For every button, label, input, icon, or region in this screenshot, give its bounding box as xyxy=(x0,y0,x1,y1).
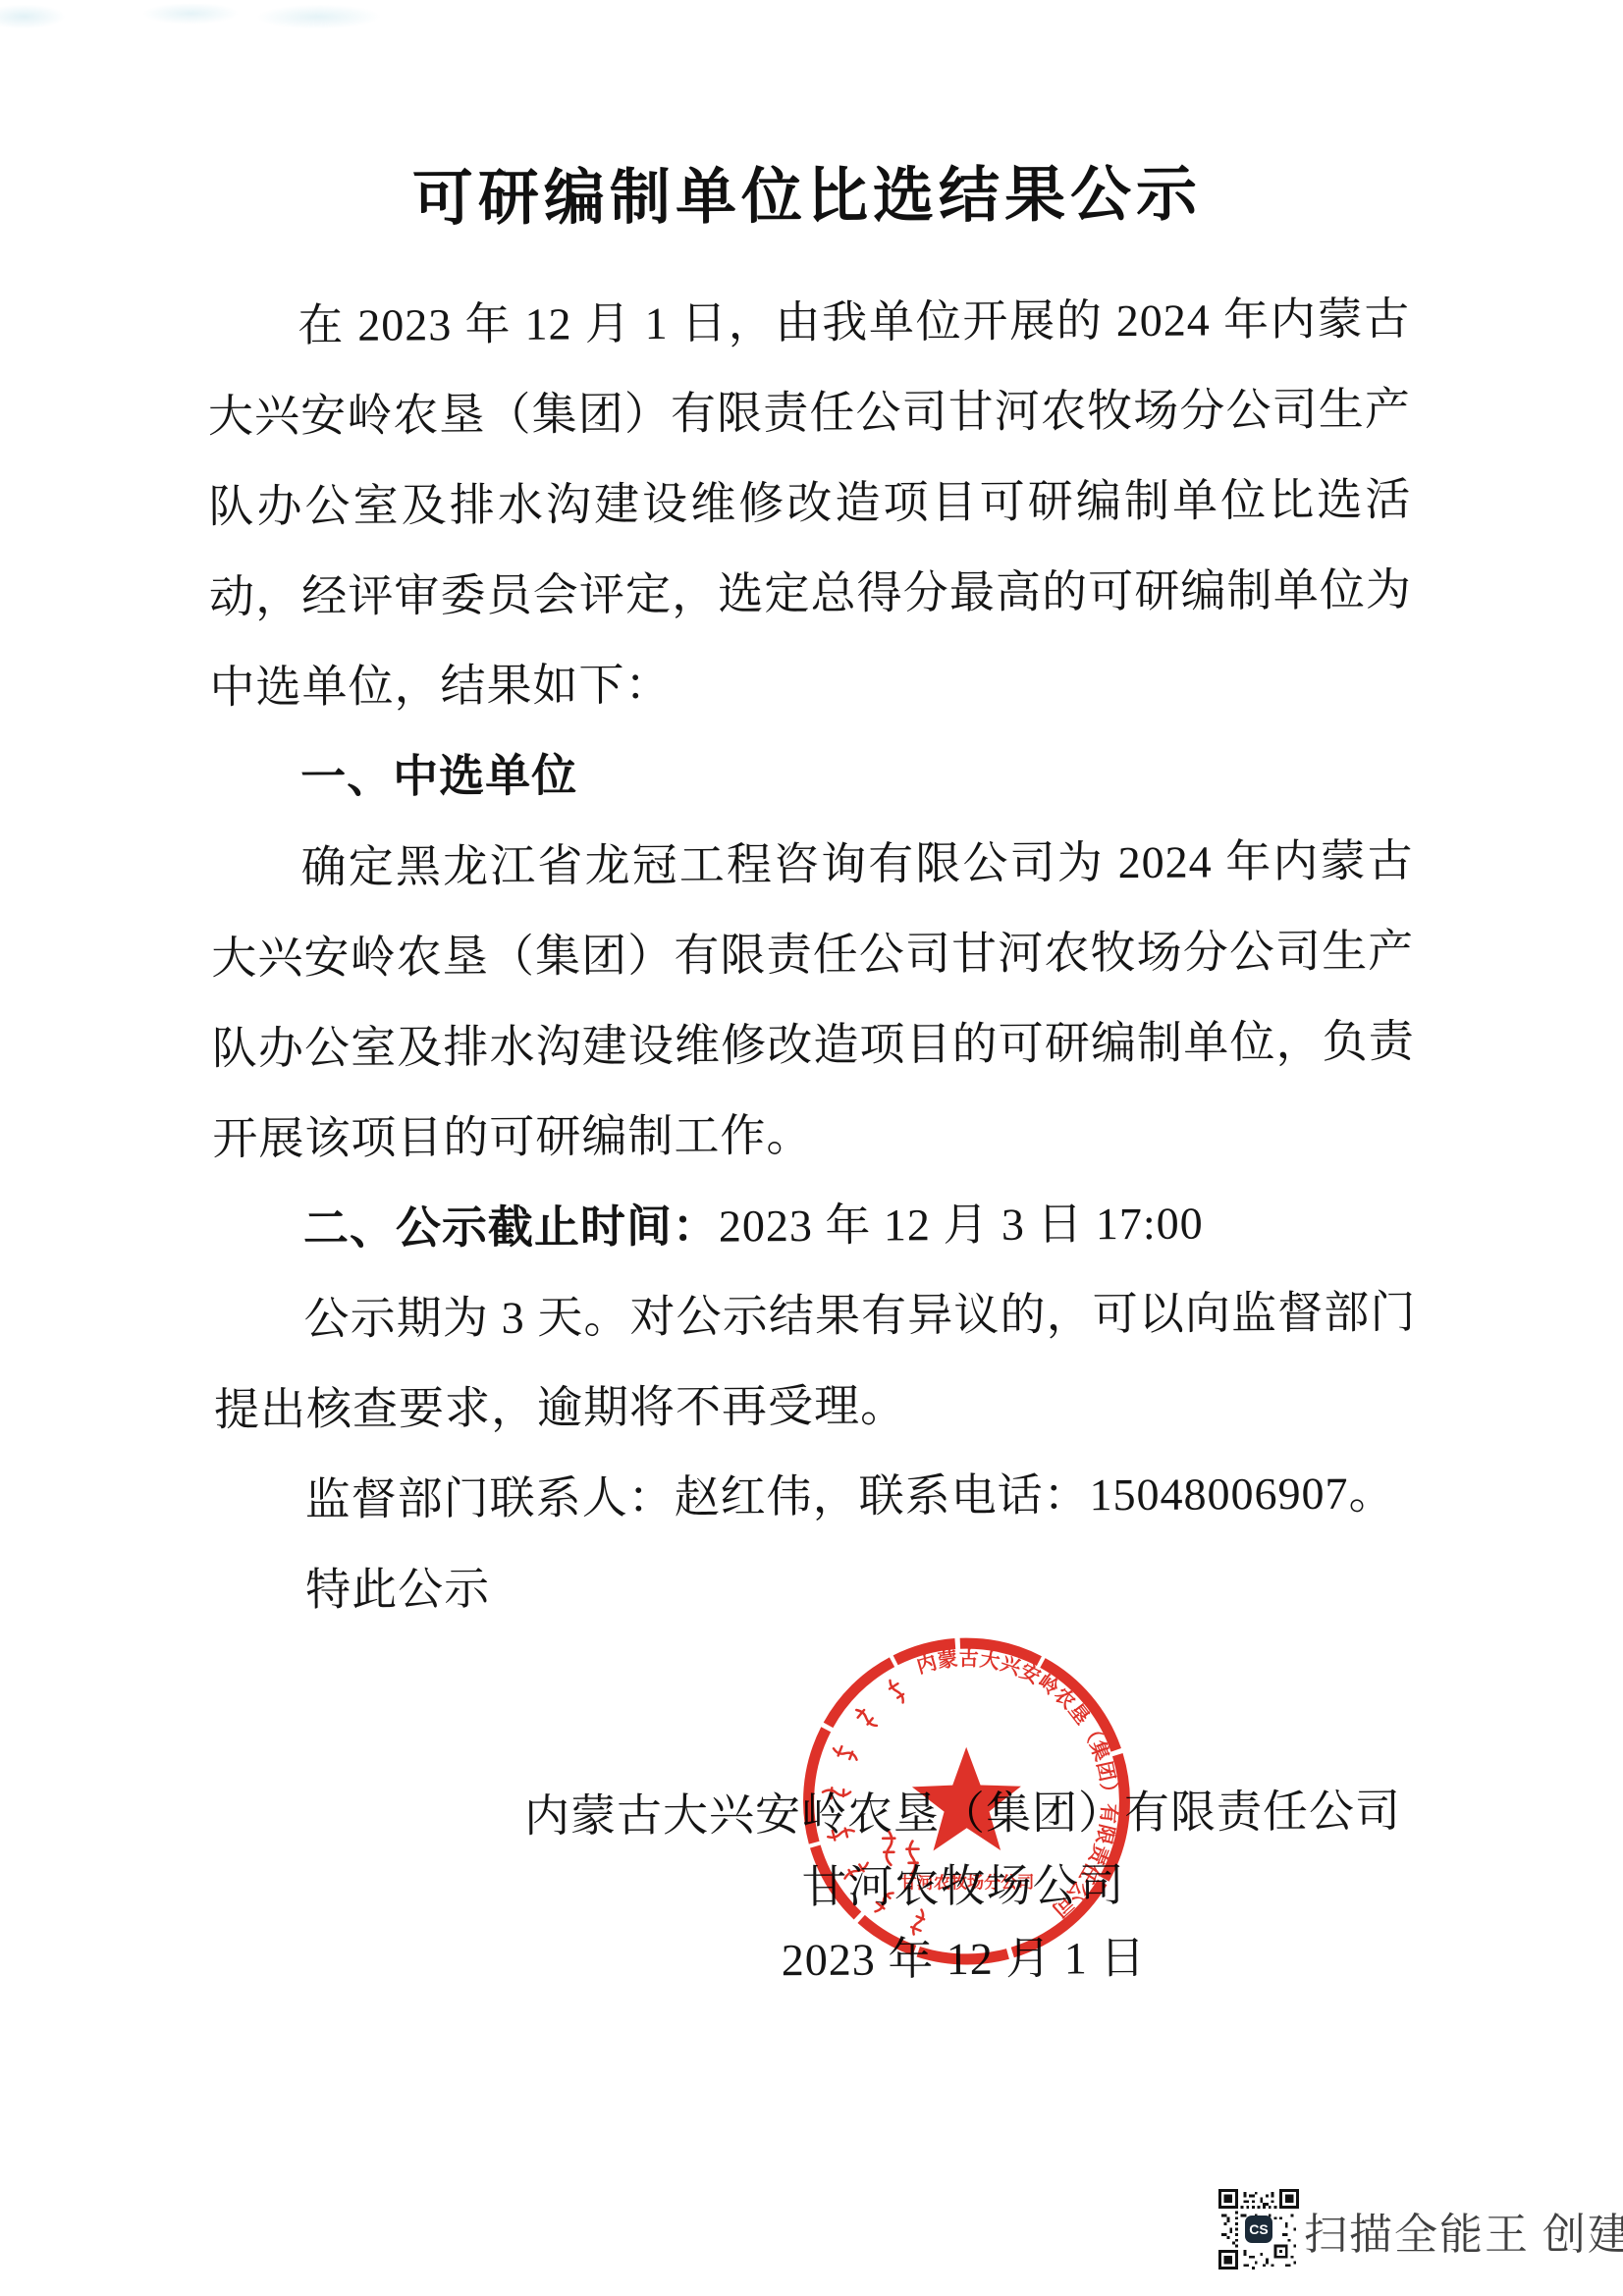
body-line: 大兴安岭农垦（集团）有限责任公司甘河农牧场分公司生产 xyxy=(211,906,1415,1003)
document-body: 在 2023 年 12 月 1 日，由我单位开展的 2024 年内蒙古 大兴安岭… xyxy=(207,274,1418,1635)
closing-line: 特此公示 xyxy=(215,1538,1419,1635)
contact-line: 监督部门联系人：赵红伟，联系电话：15048006907。 xyxy=(214,1448,1418,1545)
body-line: 大兴安岭农垦（集团）有限责任公司甘河农牧场分公司生产 xyxy=(208,364,1412,461)
body-line: 提出核查要求，逾期将不再受理。 xyxy=(214,1358,1418,1455)
body-line: 开展该项目的可研编制工作。 xyxy=(212,1087,1416,1184)
body-line: 动，经评审委员会评定，选定总得分最高的可研编制单位为 xyxy=(209,545,1413,642)
scan-artifact xyxy=(0,3,407,51)
section-heading-1: 一、中选单位 xyxy=(210,725,1414,823)
official-seal: 内蒙古大兴安岭农垦（集团）有限责任公司 甘河农牧场分公司 xyxy=(792,1628,1140,1975)
body-line: 队办公室及排水沟建设维修改造项目可研编制单位比选活 xyxy=(208,454,1412,552)
seal-inner-script xyxy=(883,1832,918,1875)
body-line: 确定黑龙江省龙冠工程咨询有限公司为 2024 年内蒙古 xyxy=(210,816,1414,913)
star-icon xyxy=(912,1746,1022,1850)
camscanner-logo: CS xyxy=(1245,2216,1272,2243)
seal-inner-text: 甘河农牧场分公司 xyxy=(900,1872,1035,1893)
camscanner-watermark: 扫描全能王 创建 xyxy=(1304,2199,1623,2262)
page-title: 可研编制单位比选结果公示 xyxy=(0,142,1619,240)
body-line: 队办公室及排水沟建设维修改造项目的可研编制单位，负责 xyxy=(212,996,1416,1094)
section-heading-2: 二、公示截止时间：2023 年 12 月 3 日 17:00 xyxy=(213,1177,1417,1274)
body-line: 中选单位，结果如下： xyxy=(209,635,1413,732)
body-line: 在 2023 年 12 月 1 日，由我单位开展的 2024 年内蒙古 xyxy=(207,274,1411,371)
document-page: 可研编制单位比选结果公示 在 2023 年 12 月 1 日，由我单位开展的 2… xyxy=(0,0,1623,2296)
heading-2-datetime: 2023 年 12 月 3 日 17:00 xyxy=(719,1199,1204,1252)
heading-2-label: 二、公示截止时间： xyxy=(303,1201,719,1255)
body-line: 公示期为 3 天。对公示结果有异议的，可以向监督部门 xyxy=(213,1267,1417,1364)
scanned-content: 可研编制单位比选结果公示 在 2023 年 12 月 1 日，由我单位开展的 2… xyxy=(0,0,1623,2296)
